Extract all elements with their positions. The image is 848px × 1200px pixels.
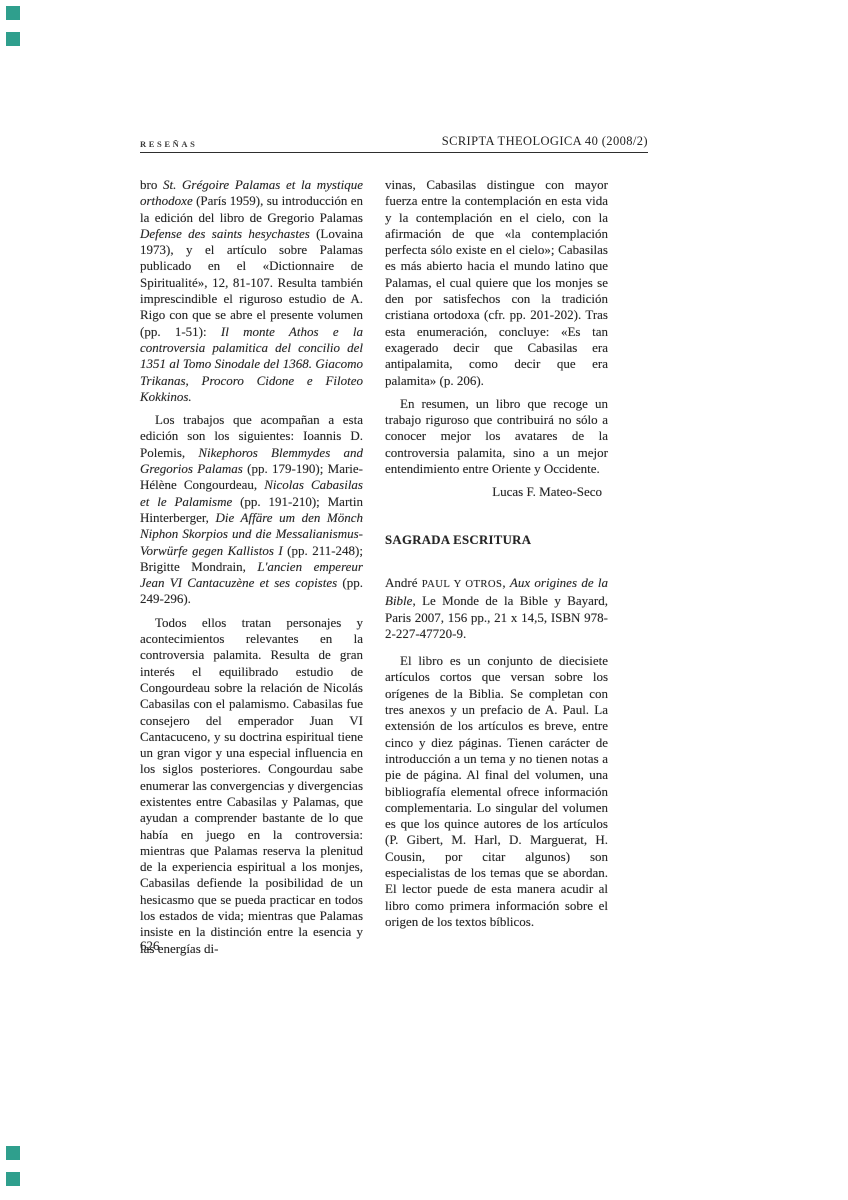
text-segment: Lucas F. Mateo-Seco [492, 484, 602, 499]
running-header: RESEÑAS SCRIPTA THEOLOGICA 40 (2008/2) [140, 134, 648, 153]
section-heading: SAGRADA ESCRITURA [385, 532, 608, 548]
review-continuation-paragraph: bro St. Grégoire Palamas et la mystique … [140, 177, 363, 405]
text-segment: , [502, 575, 510, 590]
text-segment: En resumen, un libro que recoge un traba… [385, 396, 608, 476]
corner-marker-icon [6, 32, 20, 46]
analysis-paragraph: Todos ellos tratan personajes y aconteci… [140, 615, 363, 957]
corner-marker-icon [6, 1172, 20, 1186]
reviewer-signature: Lucas F. Mateo-Seco [385, 484, 602, 500]
corner-marker-icon [6, 1146, 20, 1160]
summary-paragraph: En resumen, un libro que recoge un traba… [385, 396, 608, 477]
text-segment: bro [140, 177, 163, 192]
right-column: vinas, Cabasilas distingue con mayor fue… [385, 177, 608, 964]
journal-running-title: SCRIPTA THEOLOGICA 40 (2008/2) [442, 134, 648, 149]
text-segment: (Lovaina 1973), y el artículo sobre Pala… [140, 226, 363, 339]
text-segment: PAUL Y OTROS [422, 579, 503, 590]
corner-marker-icon [6, 6, 20, 20]
text-segment: vinas, Cabasilas distingue con mayor fue… [385, 177, 608, 388]
text-segment: André [385, 575, 422, 590]
scanned-journal-page: RESEÑAS SCRIPTA THEOLOGICA 40 (2008/2) b… [0, 0, 848, 1200]
section-running-title: RESEÑAS [140, 139, 197, 149]
text-columns: bro St. Grégoire Palamas et la mystique … [140, 177, 608, 964]
text-segment: Todos ellos tratan personajes y aconteci… [140, 615, 363, 956]
book-reference: André PAUL Y OTROS, Aux origines de la B… [385, 575, 608, 642]
left-column: bro St. Grégoire Palamas et la mystique … [140, 177, 363, 964]
page-number: 626 [140, 938, 160, 954]
text-segment: Defense des saints hesychastes [140, 226, 310, 241]
review-conclusion-paragraph: vinas, Cabasilas distingue con mayor fue… [385, 177, 608, 389]
works-list-paragraph: Los trabajos que acompañan a esta edició… [140, 412, 363, 608]
text-segment: SAGRADA ESCRITURA [385, 533, 531, 547]
text-segment: El libro es un conjunto de diecisiete ar… [385, 653, 608, 929]
new-review-paragraph: El libro es un conjunto de diecisiete ar… [385, 653, 608, 930]
text-segment: , Le Monde de la Bible y Bayard, Paris 2… [385, 593, 608, 641]
